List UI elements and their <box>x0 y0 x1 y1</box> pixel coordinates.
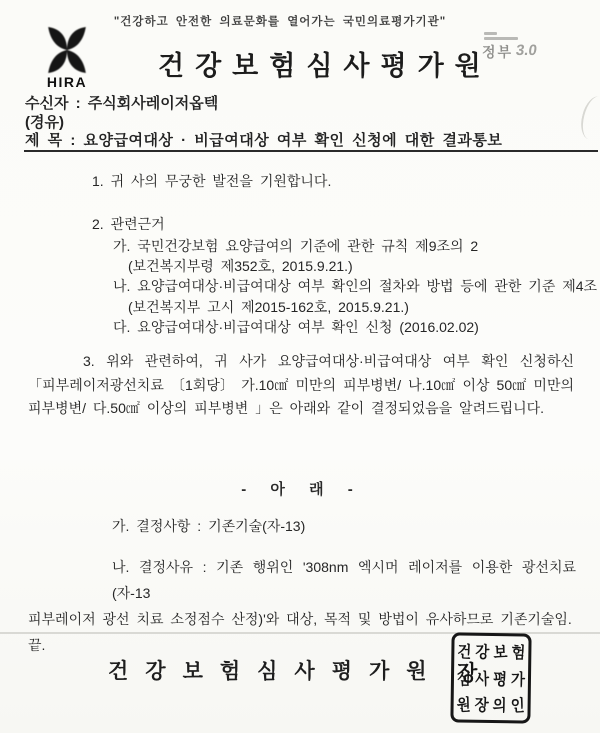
hira-logo-text: HIRA <box>38 74 96 90</box>
seal-char: 보 <box>491 636 510 667</box>
paragraph-2-items: 가. 국민건강보험 요양급여의 기준에 관한 규칙 제9조의 2 (보건복지부령… <box>113 236 597 337</box>
seal-char: 장 <box>472 689 491 720</box>
related-basis-item-a-sub: (보건복지부령 제352호, 2015.9.21.) <box>113 256 597 276</box>
paragraph-1: 1. 귀 사의 무궁한 발전을 기원합니다. <box>92 171 331 191</box>
seal-char: 인 <box>508 690 527 721</box>
gov30-mark: 정부 3.0 <box>482 32 537 62</box>
seal-char: 의 <box>490 690 508 720</box>
scan-artifact <box>577 94 600 142</box>
hira-butterfly-icon <box>38 27 96 73</box>
gov30-version: 3.0 <box>515 42 538 59</box>
decision-line: 가. 결정사항 : 기존기술(자-13) <box>112 516 305 536</box>
below-heading: - 아 래 - <box>0 478 600 499</box>
footer-org-suffix: 장 <box>457 657 477 687</box>
seal-char: 원 <box>454 689 473 720</box>
paragraph-3: 3. 위와 관련하여, 귀 사가 요양급여대상·비급여대상 여부 확인 신청하신… <box>28 350 574 421</box>
paragraph-3-line1: 3. 위와 관련하여, 귀 사가 요양급여대상·비급여대상 여부 확인 신청하신 <box>28 350 574 374</box>
related-basis-item-b: 나. 요양급여대상·비급여대상 여부 확인의 절차와 방법 등에 관한 기준 제… <box>113 276 597 296</box>
footer-org-name: 건강보험심사평가원 <box>108 655 444 685</box>
reason-line1: 나. 결정사유 : 기존 행위인 '308nm 엑시머 레이저를 이용한 광선치… <box>28 554 576 606</box>
recipient-line: 수신자 : 주식회사레이저옵텍 <box>25 92 218 113</box>
paragraph-3-line2: 「피부레이저광선치료 〔1회당〕 가.10㎠ 미만의 피부병변/ 나.10㎠ 이… <box>28 374 574 398</box>
subject-line: 제 목 : 요양급여대상 · 비급여대상 여부 확인 신청에 대한 결과통보 <box>25 129 502 150</box>
document-page: "건강하고 안전한 의료문화를 열어가는 국민의료평가기관" HIRA 건강보험… <box>0 0 600 733</box>
seal-char: 험 <box>509 636 528 667</box>
paragraph-2-title: 2. 관련근거 <box>92 214 165 234</box>
related-basis-item-a: 가. 국민건강보험 요양급여의 기준에 관한 규칙 제9조의 2 <box>113 236 597 256</box>
related-basis-item-b-sub: (보건복지부 고시 제2015-162호, 2015.9.21.) <box>113 297 597 317</box>
paragraph-3-line3: 피부병변/ 다.50㎠ 이상의 피부병변 」은 아래와 같이 결정되었음을 알려… <box>28 397 574 421</box>
gov30-label: 정부 <box>482 42 513 62</box>
subject-underline <box>24 150 598 152</box>
gov30-small-text <box>484 32 537 40</box>
hira-logo: HIRA <box>38 27 96 90</box>
related-basis-item-c: 다. 요양급여대상·비급여대상 여부 확인 신청 (2016.02.02) <box>113 317 597 337</box>
org-title: 건강보험심사평가원 <box>158 44 492 83</box>
